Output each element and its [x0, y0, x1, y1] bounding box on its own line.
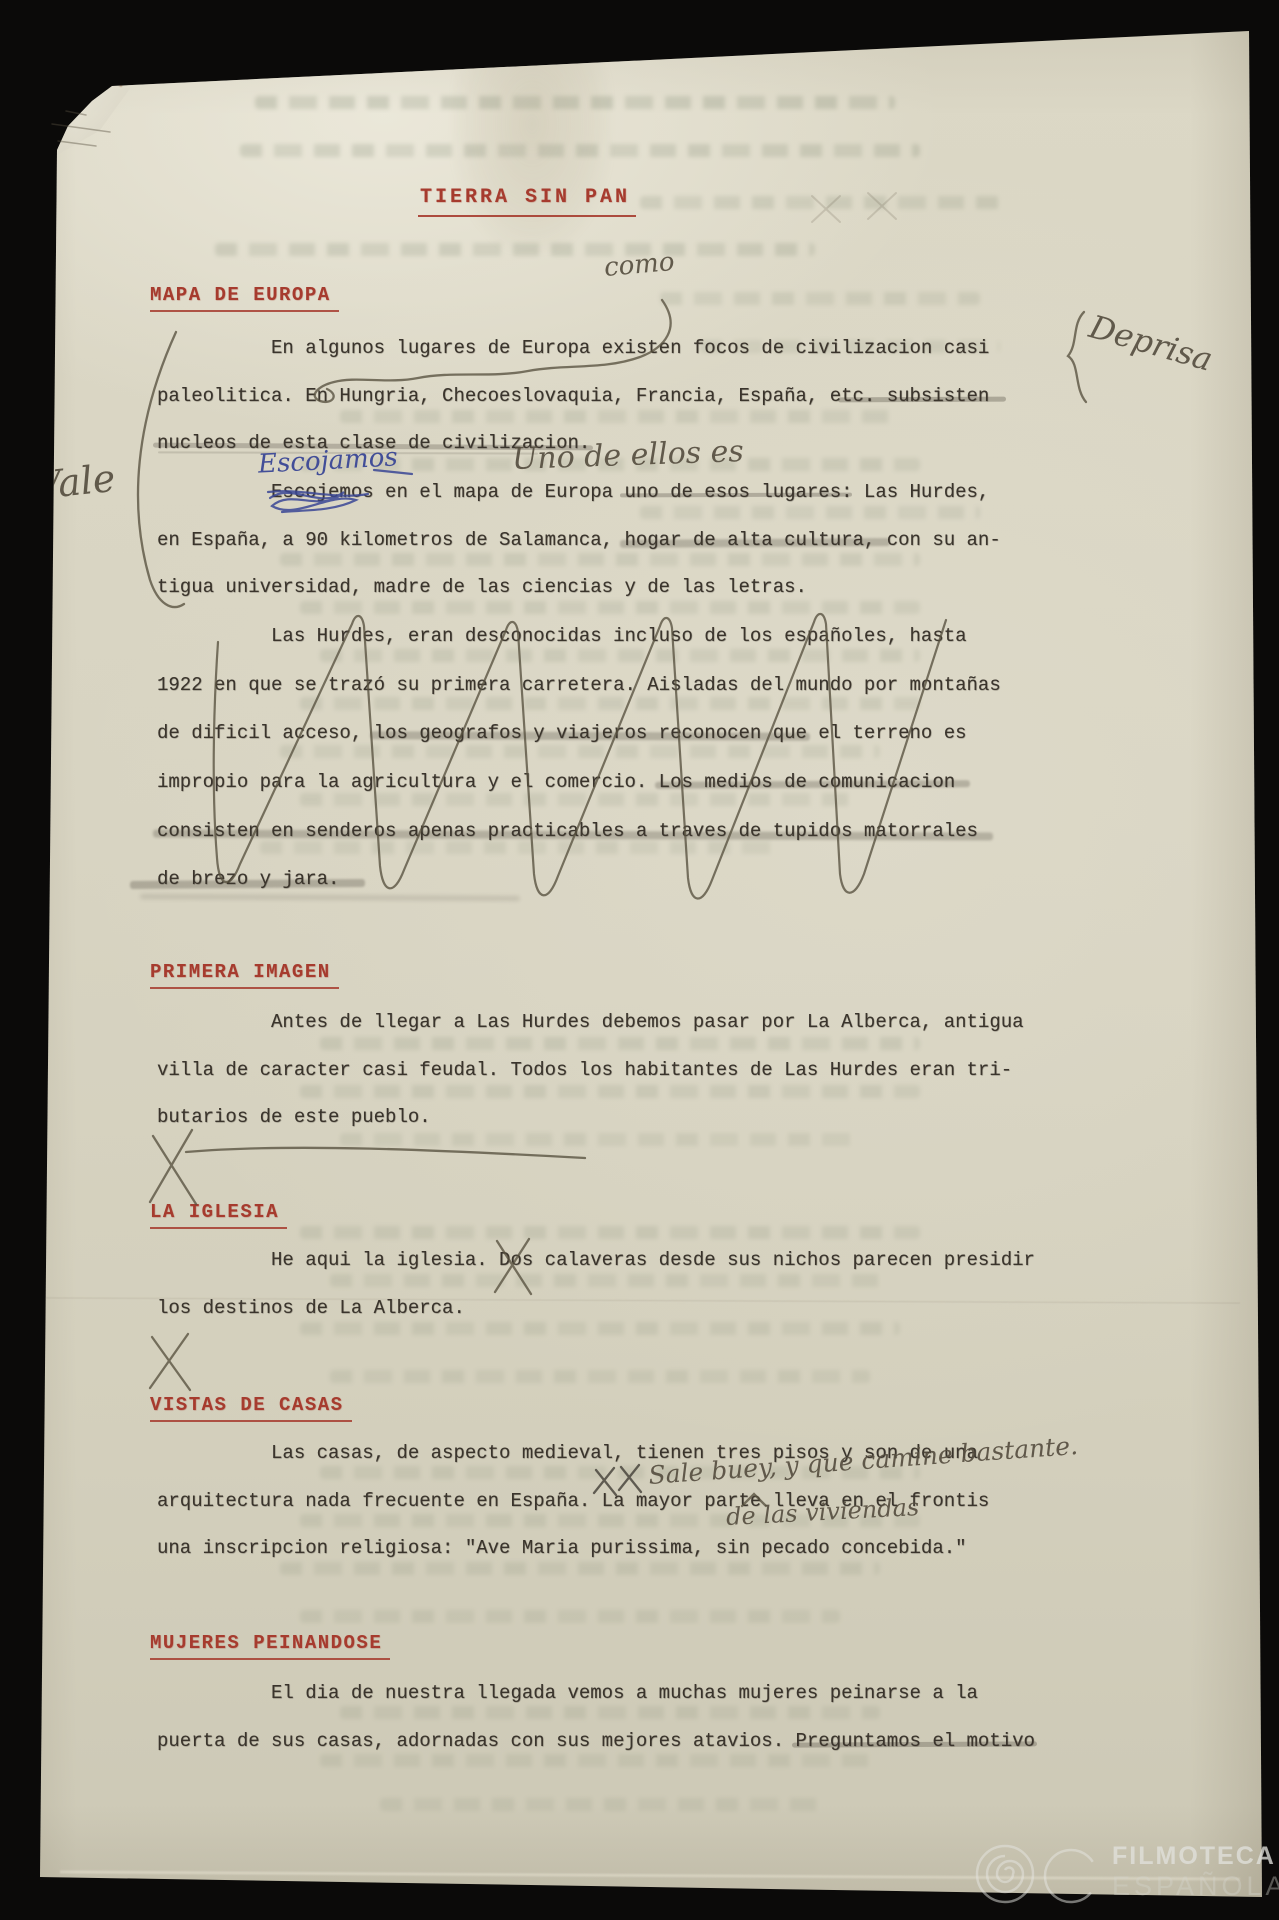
strikethrough-mark: [140, 894, 520, 901]
watermark-text-line1: FILMOTECA: [1112, 1842, 1279, 1871]
typed-line: Escojemos en el mapa de Europa uno de es…: [157, 481, 1001, 529]
typed-paragraph: Las Hurdes, eran desconocidas incluso de…: [157, 625, 1001, 917]
typed-line: butarios de este pueblo.: [157, 1106, 1024, 1154]
typed-paragraph: He aqui la iglesia. Dos calaveras desde …: [157, 1249, 1035, 1344]
section-heading-la-iglesia: LA IGLESIA: [150, 1201, 287, 1229]
strikethrough-mark: [153, 443, 593, 451]
bleedthrough-line: [330, 1274, 890, 1287]
typed-line: de dificil acceso, los geografos y viaje…: [157, 722, 1001, 771]
bleedthrough-line: [300, 1085, 920, 1098]
bleedthrough-line: [660, 292, 980, 305]
scanned-photo-background: TIERRA SIN PAN MAPA DE EUROPA En algunos…: [0, 0, 1279, 1920]
bleedthrough-line: [300, 793, 860, 806]
bleedthrough-line: [340, 1133, 860, 1146]
bleedthrough-line: [340, 1706, 880, 1719]
annotation-como: como: [603, 247, 676, 283]
bleedthrough-line: [260, 841, 780, 854]
bleedthrough-line: [320, 1466, 920, 1479]
annotation-de-las-viviendas: de las viviendas: [725, 1493, 919, 1531]
typed-line: tigua universidad, madre de las ciencias…: [157, 576, 1001, 624]
annotation-uno-de-ellos-es: Uno de ellos es: [511, 434, 744, 477]
typed-line: los destinos de La Alberca.: [157, 1297, 1035, 1345]
typed-line: 1922 en que se trazó su primera carreter…: [157, 674, 1001, 723]
paper-crease: [45, 1297, 1240, 1304]
typed-paragraph: Antes de llegar a Las Hurdes debemos pas…: [157, 1011, 1024, 1154]
strikethrough-mark: [838, 397, 1006, 403]
typed-line: villa de caracter casi feudal. Todos los…: [157, 1059, 1024, 1107]
document-title: TIERRA SIN PAN: [418, 186, 636, 217]
section-heading-mujeres-peinandose: MUJERES PEINANDOSE: [150, 1632, 390, 1660]
typed-paragraph: En algunos lugares de Europa existen foc…: [157, 337, 989, 480]
typed-line: una inscripcion religiosa: "Ave Maria pu…: [157, 1537, 989, 1585]
annotation-sale-buey: Sale buey, y que camine bastante.: [648, 1431, 1079, 1490]
bleedthrough-line: [240, 144, 920, 157]
section-heading-primera-imagen: PRIMERA IMAGEN: [150, 961, 339, 989]
bleedthrough-line: [300, 1226, 920, 1239]
annotation-deprisa: Deprisa: [1085, 307, 1217, 378]
bleedthrough-line: [300, 1322, 900, 1335]
bleedthrough-line: [640, 506, 980, 519]
typed-line: impropio para la agricultura y el comerc…: [157, 771, 1001, 820]
strikethrough-mark: [655, 780, 970, 789]
document-page: TIERRA SIN PAN MAPA DE EUROPA En algunos…: [0, 0, 1279, 1920]
bleedthrough-line: [320, 1037, 920, 1050]
typed-line: consisten en senderos apenas practicable…: [157, 820, 1001, 869]
rust-mark: [119, 29, 140, 87]
bleedthrough-line: [280, 553, 920, 566]
bleedthrough-line: [700, 340, 1000, 353]
typed-line: El dia de nuestra llegada vemos a muchas…: [157, 1682, 1035, 1730]
typed-paragraph: El dia de nuestra llegada vemos a muchas…: [157, 1682, 1035, 1777]
typed-line: Las Hurdes, eran desconocidas incluso de…: [157, 625, 1001, 674]
typed-line: de brezo y jara.: [157, 868, 1001, 917]
typed-line: En algunos lugares de Europa existen foc…: [157, 337, 989, 385]
bleedthrough-line: [280, 1562, 880, 1575]
bleedthrough-line: [280, 745, 880, 758]
filmoteca-watermark: FILMOTECA ESPAÑOLA: [972, 1840, 1279, 1904]
strikethrough-mark: [370, 731, 810, 741]
paper-stain: [452, 38, 612, 253]
watermark-text-line2: ESPAÑOLA: [1112, 1871, 1279, 1902]
strikethrough-mark: [130, 879, 365, 889]
bleedthrough-line: [380, 1798, 820, 1811]
typed-paragraph: Escojemos en el mapa de Europa uno de es…: [157, 481, 1001, 624]
typed-line: Antes de llegar a Las Hurdes debemos pas…: [157, 1011, 1024, 1059]
bleedthrough-line: [215, 243, 815, 256]
bleedthrough-line: [300, 458, 920, 471]
annotation-vale: Vale: [32, 456, 117, 508]
annotation-escojamos: Escojamos: [257, 442, 398, 479]
typed-line: arquitectura nada frecuente en España. L…: [157, 1490, 989, 1538]
section-heading-vistas-de-casas: VISTAS DE CASAS: [150, 1394, 352, 1422]
bleedthrough-line: [330, 1370, 870, 1383]
rust-mark: [146, 36, 156, 84]
bleedthrough-line: [300, 1610, 840, 1623]
bleedthrough-line: [300, 1514, 920, 1527]
strikethrough-mark: [153, 830, 993, 841]
strikethrough-mark: [620, 493, 852, 498]
typed-paragraph: Las casas, de aspecto medieval, tienen t…: [157, 1442, 989, 1585]
typed-line: nucleos de esta clase de civilizacion.: [157, 432, 989, 480]
bleedthrough-line: [300, 697, 920, 710]
filmoteca-logo-icon: [972, 1840, 1104, 1904]
strikethrough-mark: [792, 1741, 1037, 1747]
bleedthrough-line: [320, 649, 920, 662]
section-heading-mapa-de-europa: MAPA DE EUROPA: [150, 284, 339, 312]
typed-line: puerta de sus casas, adornadas con sus m…: [157, 1730, 1035, 1778]
typed-line: He aqui la iglesia. Dos calaveras desde …: [157, 1249, 1035, 1297]
bleedthrough-line: [320, 1754, 880, 1767]
typed-line: paleolitica. En Hungria, Checoeslovaquia…: [157, 385, 989, 433]
bleedthrough-line: [340, 410, 900, 423]
strikethrough-mark: [158, 451, 538, 454]
bleedthrough-line: [300, 601, 920, 614]
typed-line: Las casas, de aspecto medieval, tienen t…: [157, 1442, 989, 1490]
corner-fold: [52, 86, 134, 158]
strikethrough-mark: [620, 538, 890, 548]
bleedthrough-line: [255, 96, 895, 109]
typed-line: en España, a 90 kilometros de Salamanca,…: [157, 529, 1001, 577]
bleedthrough-line: [640, 196, 1000, 209]
